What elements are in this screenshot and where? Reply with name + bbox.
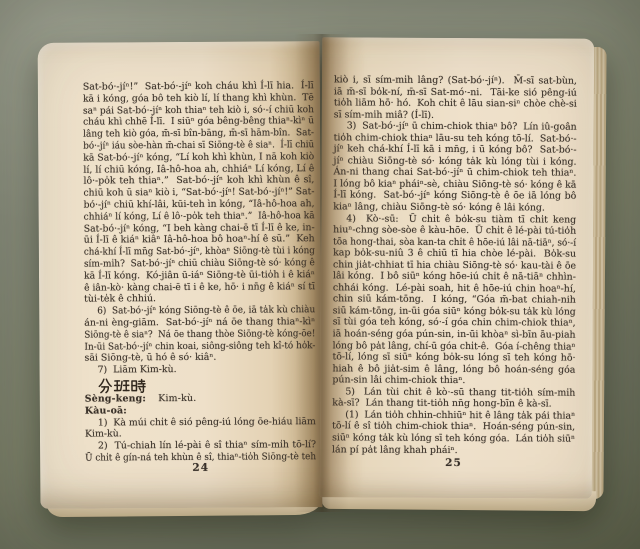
book-photo: Sat-bó·-jíⁿ!” Sat-bó·-jíⁿ koh cháu khì Í…	[0, 0, 640, 549]
text-line: lóng bô pa̍t lâng, chí-ū góa chi̍t-ê. Gó…	[333, 340, 576, 353]
text-line: In-ūi Sat-bó·-jíⁿ chin koai, siông-siông…	[84, 340, 315, 353]
text-line: lán pí pa̍t lâng khah pháiⁿ.	[332, 444, 575, 457]
left-page-text: Sat-bó·-jíⁿ!” Sat-bó·-jíⁿ koh cháu khì Í…	[83, 80, 316, 464]
text-line: 6) Sat-bó·-jíⁿ kóng Siōng-tè ê ōe, iā ta…	[84, 304, 315, 317]
text-line: Sat-bó·-jíⁿ kóng, “I beh kàng chai-ē tī …	[84, 222, 315, 235]
open-book: Sat-bó·-jíⁿ!” Sat-bó·-jíⁿ koh cháu khì Í…	[0, 0, 640, 549]
text-line: I lóng bô kiaⁿ pháiⁿ-sè, chiàu Siōng-tè …	[333, 178, 576, 191]
left-page: Sat-bó·-jíⁿ!” Sat-bó·-jíⁿ koh cháu khì Í…	[38, 41, 323, 509]
text-line: siū kám-tōng, in-ūi góa siūⁿ kóng bo̍k-s…	[333, 305, 576, 318]
section-heading-cjk: 分班時	[85, 376, 316, 393]
text-line: 3) Sat-bó·-jíⁿ ū chim-chiok thiaⁿ bô? Lí…	[334, 121, 577, 134]
text-line: tōa hong-thai, sòa kan-ta chi̍t ê hōe-iú…	[333, 236, 576, 249]
cjk-heading-glyphs	[98, 377, 146, 393]
text-line: ê iân-kò· kàng chai-ē tī i ê ke, hō· i n…	[84, 281, 315, 294]
text-line: chin jia̍t-chhiat tī hia chiàu Siōng-tè …	[333, 259, 576, 272]
left-page-number: 24	[85, 461, 316, 474]
text-line: 1) Kà múi chi̍t ê sió pêng-iú lóng ōe-hi…	[85, 416, 316, 429]
text-line: kā Sat-bó·-jíⁿ kóng, “Lí koh khì khùn, I…	[83, 151, 314, 164]
right-page-text: kiò i, sī sím-mi̍h lâng? (Sat-bó·-jíⁿ). …	[332, 74, 577, 456]
right-page: kiò i, sī sím-mi̍h lâng? (Sat-bó·-jíⁿ). …	[320, 37, 594, 498]
text-line: 7) Liām Kim-kù.	[85, 363, 316, 376]
right-page-number: 25	[332, 456, 575, 469]
text-line: siūⁿ kóng ta̍k kù lóng sī teh kóng góa. …	[332, 432, 575, 445]
